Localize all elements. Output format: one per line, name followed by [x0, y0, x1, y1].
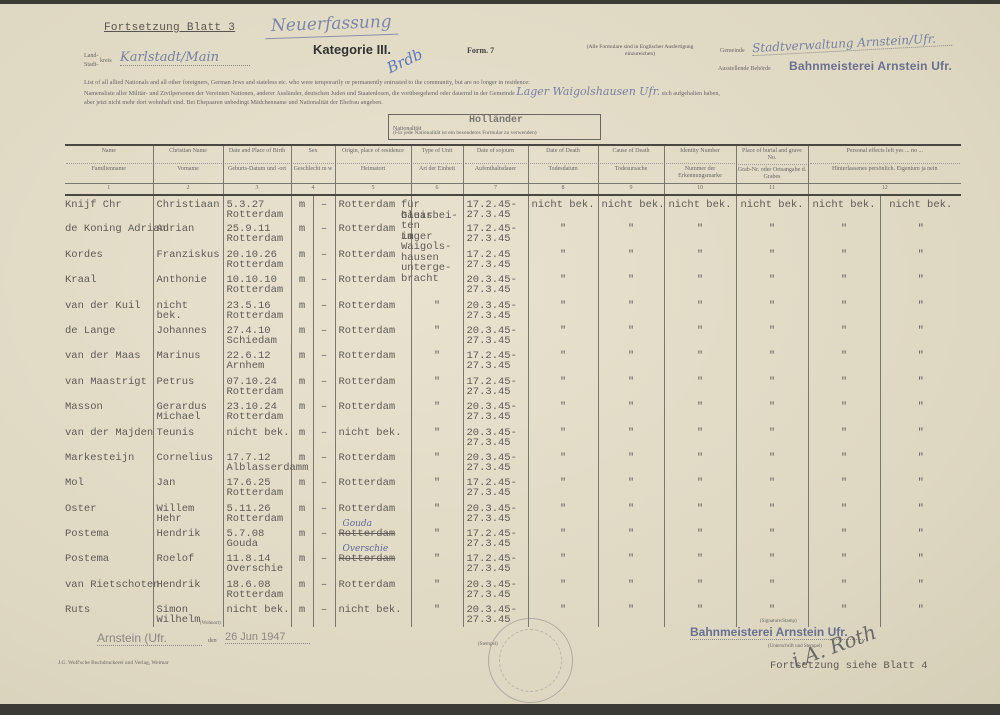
- cell-christian: Adrian: [153, 220, 223, 245]
- category-title: Kategorie III.: [313, 42, 391, 57]
- cell-burial: ": [736, 398, 808, 423]
- intro-line-2: Namensliste aller Militär- und Zivilpers…: [84, 87, 964, 98]
- cell-effects-no: ": [880, 347, 961, 372]
- cell-burial: ": [736, 474, 808, 499]
- cell-birth: 11.8.14Overschie: [223, 550, 291, 575]
- cell-birth: 25.9.11Rotterdam: [223, 220, 291, 245]
- cell-effects-yes: ": [808, 398, 880, 423]
- cell-effects-no: ": [880, 576, 961, 601]
- cell-origin: Rotterdam: [335, 195, 411, 220]
- cell-death-cause: ": [598, 576, 664, 601]
- cell-sojourn: 17.2.45-27.3.45: [463, 347, 528, 372]
- cell-effects-no: ": [880, 220, 961, 245]
- cell-death-cause: ": [598, 525, 664, 550]
- cell-sojourn: 20.3.45-27.3.45: [463, 398, 528, 423]
- table-row: van RietschotenHendrik18.6.08Rotterdamm–…: [65, 576, 961, 601]
- cell-burial: ": [736, 322, 808, 347]
- cell-id-number: ": [664, 373, 736, 398]
- cell-effects-no: ": [880, 297, 961, 322]
- cell-death-date: ": [528, 271, 598, 296]
- cell-origin: Rotterdam: [335, 347, 411, 372]
- cell-burial: ": [736, 271, 808, 296]
- cell-unit: ": [411, 373, 463, 398]
- cell-id-number: ": [664, 424, 736, 449]
- cell-death-date: ": [528, 246, 598, 271]
- cell-birth: 22.6.12Arnhem: [223, 347, 291, 372]
- cell-sex-m: m: [291, 220, 313, 245]
- cell-name: Postema: [65, 550, 153, 575]
- nationality-value: Holländer: [469, 115, 523, 126]
- date-stamp: 26 Jun 1947: [225, 631, 310, 644]
- cell-effects-yes: ": [808, 322, 880, 347]
- cell-effects-yes: ": [808, 246, 880, 271]
- cell-id-number: ": [664, 525, 736, 550]
- cell-origin: Rotterdam: [335, 449, 411, 474]
- cell-death-cause: ": [598, 246, 664, 271]
- cell-death-date: ": [528, 474, 598, 499]
- cell-origin: Rotterdam: [335, 398, 411, 423]
- cell-death-cause: ": [598, 550, 664, 575]
- cell-sojourn: 20.3.45-27.3.45: [463, 424, 528, 449]
- cell-unit: ": [411, 347, 463, 372]
- column-number-row: 1 2 3 4 5 6 7 8 9 10 11 12: [65, 184, 961, 196]
- intro-line-3: aber jetzt nicht mehr dort wohnhaft sind…: [84, 98, 964, 107]
- cell-effects-yes: ": [808, 525, 880, 550]
- cell-effects-no: ": [880, 424, 961, 449]
- cell-effects-yes: nicht bek.: [808, 195, 880, 220]
- table-row: KordesFranziskus20.10.26Rotterdamm–Rotte…: [65, 246, 961, 271]
- cell-id-number: ": [664, 449, 736, 474]
- cell-christian: Hendrik: [153, 576, 223, 601]
- cell-id-number: ": [664, 220, 736, 245]
- cell-effects-no: ": [880, 373, 961, 398]
- cell-sex-w: –: [313, 246, 335, 271]
- cell-origin: RotterdamOverschie: [335, 550, 411, 575]
- cell-name: van der Kuil: [65, 297, 153, 322]
- cell-name: Masson: [65, 398, 153, 423]
- cell-sex-m: m: [291, 297, 313, 322]
- cell-death-cause: ": [598, 220, 664, 245]
- cell-sojourn: 20.3.45-27.3.45: [463, 271, 528, 296]
- cell-origin: Rotterdam: [335, 220, 411, 245]
- col-header-burial: Place of burial and grave No.Grab-Nr. od…: [736, 145, 808, 184]
- printer-imprint: J.G. Wolf'sche Buchdruckerei und Verlag,…: [58, 660, 169, 666]
- cell-sex-w: –: [313, 525, 335, 550]
- cell-christian: Willem Hehr: [153, 500, 223, 525]
- cell-death-cause: ": [598, 449, 664, 474]
- cell-sex-w: –: [313, 322, 335, 347]
- table-row: Knijf ChrChristiaan5.3.27Rotterdamm–Rott…: [65, 195, 961, 220]
- cell-effects-no: ": [880, 271, 961, 296]
- cell-id-number: ": [664, 246, 736, 271]
- col-header-origin: Origin, place of residenceHeimatort: [335, 145, 411, 184]
- cell-name: Markesteijn: [65, 449, 153, 474]
- cell-name: van Maastrigt: [65, 373, 153, 398]
- table-row: MassonGerardus Michael23.10.24Rotterdamm…: [65, 398, 961, 423]
- cell-death-date: ": [528, 449, 598, 474]
- col-header-unit: Type of UnitArt der Einheit: [411, 145, 463, 184]
- cell-death-date: ": [528, 525, 598, 550]
- cell-christian: Roelof: [153, 550, 223, 575]
- cell-name: de Lange: [65, 322, 153, 347]
- cell-sex-m: m: [291, 601, 313, 626]
- cell-origin: Rotterdam: [335, 474, 411, 499]
- cell-sex-m: m: [291, 322, 313, 347]
- cell-sojourn: 20.3.45-27.3.45: [463, 576, 528, 601]
- cell-sojourn: 17.2.45-27.3.45: [463, 220, 528, 245]
- cell-sex-w: –: [313, 220, 335, 245]
- cell-id-number: ": [664, 500, 736, 525]
- cell-id-number: ": [664, 550, 736, 575]
- cell-christian: Petrus: [153, 373, 223, 398]
- cell-effects-yes: ": [808, 373, 880, 398]
- cell-burial: ": [736, 220, 808, 245]
- cell-name: Ruts: [65, 601, 153, 626]
- table-body: Knijf ChrChristiaan5.3.27Rotterdamm–Rott…: [65, 195, 961, 627]
- cell-effects-no: ": [880, 525, 961, 550]
- cell-sex-w: –: [313, 500, 335, 525]
- register-table: NameFamilienname Christian NameVorname D…: [65, 144, 961, 627]
- cell-death-cause: ": [598, 297, 664, 322]
- document-page: Fortsetzung Blatt 3 Neuerfassung Kategor…: [0, 4, 1000, 704]
- place-stamp: Arnstein (Ufr.: [97, 631, 202, 646]
- cell-death-date: ": [528, 576, 598, 601]
- den-label: den: [208, 638, 217, 644]
- cell-unit: ": [411, 576, 463, 601]
- cell-id-number: nicht bek.: [664, 195, 736, 220]
- cell-origin: Rotterdam: [335, 322, 411, 347]
- cell-effects-yes: ": [808, 347, 880, 372]
- col-header-death-date: Date of DeathTodesdatum: [528, 145, 598, 184]
- cell-unit: ": [411, 550, 463, 575]
- cell-sojourn: 17.2.45-27.3.45: [463, 525, 528, 550]
- official-seal-icon: [488, 618, 573, 703]
- cell-name: van der Maas: [65, 347, 153, 372]
- cell-unit: ": [411, 601, 463, 626]
- table-row: van der Kuilnicht bek.23.5.16Rotterdamm–…: [65, 297, 961, 322]
- cell-burial: ": [736, 297, 808, 322]
- col-header-sex: SexGeschlecht m w: [291, 145, 335, 184]
- cell-death-cause: ": [598, 322, 664, 347]
- col-header-birth: Date and Place of BirthGeburts-Datum und…: [223, 145, 291, 184]
- cell-burial: ": [736, 347, 808, 372]
- cell-name: Knijf Chr: [65, 195, 153, 220]
- table-row: MarkesteijnCornelius17.7.12Alblasserdamm…: [65, 449, 961, 474]
- cell-id-number: ": [664, 576, 736, 601]
- unit-text-line: bracht: [401, 274, 439, 285]
- cell-burial: ": [736, 449, 808, 474]
- cell-effects-no: ": [880, 398, 961, 423]
- table-row: de Koning AdrianAdrian25.9.11Rotterdamm–…: [65, 220, 961, 245]
- cell-sojourn: 20.3.45-27.3.45: [463, 322, 528, 347]
- form-number: Form. 7: [467, 46, 494, 55]
- cell-sex-w: –: [313, 424, 335, 449]
- cell-sex-w: –: [313, 449, 335, 474]
- unit-text-line: Waigols-: [401, 242, 451, 253]
- cell-id-number: ": [664, 398, 736, 423]
- cell-name: van der Majden: [65, 424, 153, 449]
- col-header-christian: Christian NameVorname: [153, 145, 223, 184]
- col-header-effects: Personal effects left yes ... no ...Hint…: [808, 145, 961, 184]
- cell-death-date: ": [528, 373, 598, 398]
- cell-sojourn: 20.3.45-27.3.45: [463, 500, 528, 525]
- cell-name: Postema: [65, 525, 153, 550]
- cell-death-cause: ": [598, 271, 664, 296]
- cell-death-cause: ": [598, 500, 664, 525]
- cell-name: Kordes: [65, 246, 153, 271]
- cell-birth: 27.4.10Schiedam: [223, 322, 291, 347]
- table-row: de LangeJohannes27.4.10Schiedamm–Rotterd…: [65, 322, 961, 347]
- cell-birth: 5.7.08Gouda: [223, 525, 291, 550]
- cell-christian: Anthonie: [153, 271, 223, 296]
- cell-sex-m: m: [291, 246, 313, 271]
- cell-effects-no: ": [880, 550, 961, 575]
- cell-burial: ": [736, 550, 808, 575]
- cell-burial: ": [736, 424, 808, 449]
- cell-name: Kraal: [65, 271, 153, 296]
- table-row: PostemaRoelof11.8.14Overschiem–Rotterdam…: [65, 550, 961, 575]
- cell-sex-m: m: [291, 347, 313, 372]
- cell-effects-no: ": [880, 500, 961, 525]
- cell-id-number: ": [664, 474, 736, 499]
- cell-effects-yes: ": [808, 220, 880, 245]
- table-row: van der MaasMarinus22.6.12Arnhemm–Rotter…: [65, 347, 961, 372]
- cell-sex-m: m: [291, 576, 313, 601]
- cell-burial: ": [736, 246, 808, 271]
- cell-id-number: ": [664, 347, 736, 372]
- cell-christian: Johannes: [153, 322, 223, 347]
- behoerde-label: Ausstellende Behörde: [718, 66, 771, 72]
- cell-unit: ": [411, 474, 463, 499]
- cell-effects-yes: ": [808, 271, 880, 296]
- cell-sex-w: –: [313, 550, 335, 575]
- cell-sex-m: m: [291, 373, 313, 398]
- cell-name: Oster: [65, 500, 153, 525]
- cell-origin: Rotterdam: [335, 297, 411, 322]
- behoerde-stamp: Bahnmeisterei Arnstein Ufr.: [789, 59, 952, 73]
- cell-sex-m: m: [291, 525, 313, 550]
- cell-birth: 18.6.08Rotterdam: [223, 576, 291, 601]
- cell-sex-m: m: [291, 474, 313, 499]
- cell-effects-yes: ": [808, 297, 880, 322]
- cell-death-date: ": [528, 500, 598, 525]
- cell-name: de Koning Adrian: [65, 220, 153, 245]
- cell-death-date: ": [528, 424, 598, 449]
- cell-sex-m: m: [291, 550, 313, 575]
- cell-birth: 10.10.10Rotterdam: [223, 271, 291, 296]
- cell-birth: 5.3.27Rotterdam: [223, 195, 291, 220]
- cell-effects-yes: ": [808, 550, 880, 575]
- table-row: van MaastrigtPetrus07.10.24Rotterdamm–Ro…: [65, 373, 961, 398]
- cell-unit: ": [411, 500, 463, 525]
- cell-sex-m: m: [291, 424, 313, 449]
- cell-effects-yes: ": [808, 500, 880, 525]
- cell-sex-w: –: [313, 373, 335, 398]
- gemeinde-label: Gemeinde: [720, 48, 745, 54]
- table-row: van der MajdenTeunisnicht bek.m–nicht be…: [65, 424, 961, 449]
- nationality-note: (Für jede Nationalität ist ein besondere…: [393, 130, 537, 136]
- cell-death-cause: nicht bek.: [598, 195, 664, 220]
- cell-effects-no: ": [880, 601, 961, 626]
- col-header-name: NameFamilienname: [65, 145, 153, 184]
- col-header-id-number: Identity NumberNummer der Erkennungsmark…: [664, 145, 736, 184]
- cell-sojourn: 17.2.45-27.3.45: [463, 474, 528, 499]
- cell-effects-yes: ": [808, 576, 880, 601]
- handwritten-title: Neuerfassung: [265, 12, 398, 40]
- handwritten-correction: Overschie: [343, 544, 389, 554]
- cell-christian: Cornelius: [153, 449, 223, 474]
- cell-sex-w: –: [313, 195, 335, 220]
- cell-id-number: ": [664, 271, 736, 296]
- cell-death-cause: ": [598, 398, 664, 423]
- cell-origin: nicht bek.: [335, 424, 411, 449]
- cell-origin: Rotterdam: [335, 246, 411, 271]
- cell-burial: nicht bek.: [736, 195, 808, 220]
- cell-sex-w: –: [313, 297, 335, 322]
- cell-sex-m: m: [291, 271, 313, 296]
- cell-unit: ": [411, 525, 463, 550]
- cell-effects-no: ": [880, 246, 961, 271]
- cell-unit: ": [411, 322, 463, 347]
- cell-unit: ": [411, 297, 463, 322]
- cell-effects-no: ": [880, 449, 961, 474]
- cell-id-number: ": [664, 322, 736, 347]
- cell-birth: nicht bek.: [223, 424, 291, 449]
- cell-christian: Marinus: [153, 347, 223, 372]
- cell-death-date: ": [528, 398, 598, 423]
- cell-burial: ": [736, 373, 808, 398]
- cell-christian: Hendrik: [153, 525, 223, 550]
- cell-christian: nicht bek.: [153, 297, 223, 322]
- cell-sojourn: 20.3.45-27.3.45: [463, 297, 528, 322]
- kreis-label: kreis: [100, 58, 112, 64]
- cell-sex-w: –: [313, 271, 335, 296]
- cell-sex-w: –: [313, 347, 335, 372]
- cell-birth: 20.10.26Rotterdam: [223, 246, 291, 271]
- cell-birth: 07.10.24Rotterdam: [223, 373, 291, 398]
- cell-sex-m: m: [291, 195, 313, 220]
- cell-death-cause: ": [598, 424, 664, 449]
- cell-death-date: ": [528, 322, 598, 347]
- cell-sojourn: 17.2.4527.3.45: [463, 246, 528, 271]
- continuation-top: Fortsetzung Blatt 3: [104, 22, 235, 34]
- col-header-sojourn: Date of sojournAufenthaltsdauer: [463, 145, 528, 184]
- intro-handwritten-place: Lager Waigolshausen Ufr.: [516, 85, 660, 98]
- table-row: KraalAnthonie10.10.10Rotterdamm–Rotterda…: [65, 271, 961, 296]
- scan-border: [0, 704, 1000, 715]
- cell-death-date: ": [528, 297, 598, 322]
- cell-death-cause: ": [598, 601, 664, 626]
- cell-burial: ": [736, 500, 808, 525]
- cell-id-number: ": [664, 297, 736, 322]
- cell-origin: nicht bek.: [335, 601, 411, 626]
- cell-death-cause: ": [598, 347, 664, 372]
- table-header-row: NameFamilienname Christian NameVorname D…: [65, 145, 961, 184]
- cell-birth: 23.10.24Rotterdam: [223, 398, 291, 423]
- cell-birth: 5.11.26Rotterdam: [223, 500, 291, 525]
- cell-birth: 17.6.25Rotterdam: [223, 474, 291, 499]
- cell-christian: Christiaan: [153, 195, 223, 220]
- cell-sex-w: –: [313, 474, 335, 499]
- cell-death-date: ": [528, 220, 598, 245]
- cell-birth: 17.7.12Alblasserdamm: [223, 449, 291, 474]
- cell-christian: Gerardus Michael: [153, 398, 223, 423]
- cell-sex-w: –: [313, 601, 335, 626]
- cell-sex-m: m: [291, 398, 313, 423]
- cell-birth: nicht bek.: [223, 601, 291, 626]
- cell-burial: ": [736, 576, 808, 601]
- cell-christian: Teunis: [153, 424, 223, 449]
- cell-unit: ": [411, 449, 463, 474]
- instructions-note: (Alle Formulare sind in Englischer Ausfe…: [580, 44, 700, 58]
- land-label: Land-Stadt-: [84, 52, 98, 70]
- continuation-bottom: Fortsetzung siehe Blatt 4: [770, 660, 928, 672]
- col-header-death-cause: Cause of DeathTodesursache: [598, 145, 664, 184]
- gemeinde-value: Stadtverwaltung Arnstein/Ufr.: [752, 31, 953, 56]
- cell-origin: Rotterdam: [335, 576, 411, 601]
- cell-sojourn: 17.2.45-27.3.45: [463, 550, 528, 575]
- cell-effects-no: ": [880, 474, 961, 499]
- cell-birth: 23.5.16Rotterdam: [223, 297, 291, 322]
- signature-label: (Signature/Stamp): [760, 619, 797, 624]
- unit-text-line: unterge-: [401, 263, 451, 274]
- cell-unit: ": [411, 398, 463, 423]
- cell-sex-w: –: [313, 576, 335, 601]
- table-row: MolJan17.6.25Rotterdamm–Rotterdam"17.2.4…: [65, 474, 961, 499]
- intro-text: List of all allied Nationals and all oth…: [84, 78, 964, 107]
- table-row: PostemaHendrik5.7.08Goudam–RotterdamGoud…: [65, 525, 961, 550]
- cell-id-number: ": [664, 601, 736, 626]
- cell-effects-yes: ": [808, 474, 880, 499]
- cell-effects-yes: ": [808, 449, 880, 474]
- cell-death-date: ": [528, 347, 598, 372]
- cell-name: Mol: [65, 474, 153, 499]
- cell-unit: ": [411, 424, 463, 449]
- handwritten-correction: Gouda: [343, 519, 373, 529]
- cell-death-cause: ": [598, 474, 664, 499]
- cell-sojourn: 17.2.45-27.3.45: [463, 373, 528, 398]
- cell-origin: Rotterdam: [335, 271, 411, 296]
- cell-death-date: nicht bek.: [528, 195, 598, 220]
- cell-sex-m: m: [291, 500, 313, 525]
- cell-death-cause: ": [598, 373, 664, 398]
- cell-effects-no: nicht bek.: [880, 195, 961, 220]
- cell-effects-no: ": [880, 322, 961, 347]
- cell-name: van Rietschoten: [65, 576, 153, 601]
- table-row: OsterWillem Hehr5.11.26Rotterdamm–Rotter…: [65, 500, 961, 525]
- cell-burial: ": [736, 525, 808, 550]
- kreis-value: Karlstadt/Main: [120, 50, 250, 66]
- cell-sojourn: 20.3.45-27.3.45: [463, 449, 528, 474]
- cell-effects-yes: ": [808, 424, 880, 449]
- nationality-box: Nationalität Holländer (Für jede Nationa…: [388, 114, 601, 140]
- cell-death-date: ": [528, 550, 598, 575]
- cell-christian: Franziskus: [153, 246, 223, 271]
- cell-sojourn: 17.2.45-27.3.45: [463, 195, 528, 220]
- cell-sex-w: –: [313, 398, 335, 423]
- cell-christian: Jan: [153, 474, 223, 499]
- wohnort-label: (Wohnort): [200, 621, 221, 626]
- cell-origin: Rotterdam: [335, 373, 411, 398]
